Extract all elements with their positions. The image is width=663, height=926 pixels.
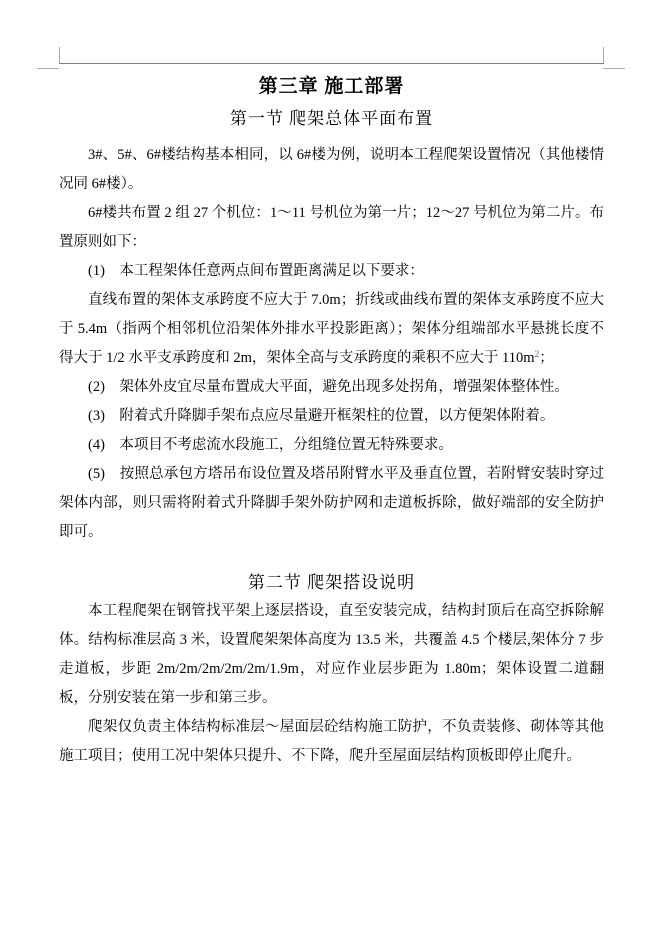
document-page: 第三章 施工部署 第一节 爬架总体平面布置 3#、5#、6#楼结构基本相同，以 …	[0, 0, 663, 926]
margin-corner-mark-left-horizontal	[37, 68, 59, 69]
section-1-requirement-paragraph: 直线布置的架体支承跨度不应大于 7.0m；折线或曲线布置的架体支承跨度不应大于 …	[59, 286, 604, 373]
margin-corner-mark-left-vertical	[59, 47, 60, 63]
requirement-text-after-superscript: ；	[539, 350, 554, 366]
margin-corner-mark-right-horizontal	[603, 68, 625, 69]
section-1-list-item-3: (3) 附着式升降脚手架布点应尽量避开框架柱的位置，以方便架体附着。	[59, 402, 604, 431]
document-content: 第三章 施工部署 第一节 爬架总体平面布置 3#、5#、6#楼结构基本相同，以 …	[59, 72, 604, 771]
section-1-heading: 第一节 爬架总体平面布置	[59, 104, 604, 133]
requirement-text-before-superscript: 直线布置的架体支承跨度不应大于 7.0m；折线或曲线布置的架体支承跨度不应大于 …	[59, 292, 604, 366]
chapter-title: 第三章 施工部署	[59, 72, 604, 101]
section-2-heading: 第二节 爬架搭设说明	[59, 568, 604, 597]
top-text-boundary-line	[59, 63, 604, 64]
section-2-paragraph-1: 本工程爬架在钢管找平架上逐层搭设，直至安装完成，结构封顶后在高空拆除解体。结构标…	[59, 597, 604, 713]
margin-corner-mark-right-vertical	[603, 47, 604, 63]
section-1-paragraph-2: 6#楼共布置 2 组 27 个机位：1～11 号机位为第一片；12～27 号机位…	[59, 199, 604, 257]
section-2-paragraph-2: 爬架仅负责主体结构标准层～屋面层砼结构施工防护，不负责装修、砌体等其他施工项目；…	[59, 713, 604, 771]
section-1-list-item-4: (4) 本项目不考虑流水段施工，分组缝位置无特殊要求。	[59, 431, 604, 460]
section-1-list-item-5: (5) 按照总承包方塔吊布设位置及塔吊附臂水平及垂直位置，若附臂安装时穿过架体内…	[59, 460, 604, 547]
section-1-list-item-1: (1) 本工程架体任意两点间布置距离满足以下要求：	[59, 257, 604, 286]
section-1-paragraph-1: 3#、5#、6#楼结构基本相同，以 6#楼为例，说明本工程爬架设置情况（其他楼情…	[59, 141, 604, 199]
section-1-list-item-2: (2) 架体外皮宜尽量布置成大平面，避免出现多处拐角，增强架体整体性。	[59, 373, 604, 402]
